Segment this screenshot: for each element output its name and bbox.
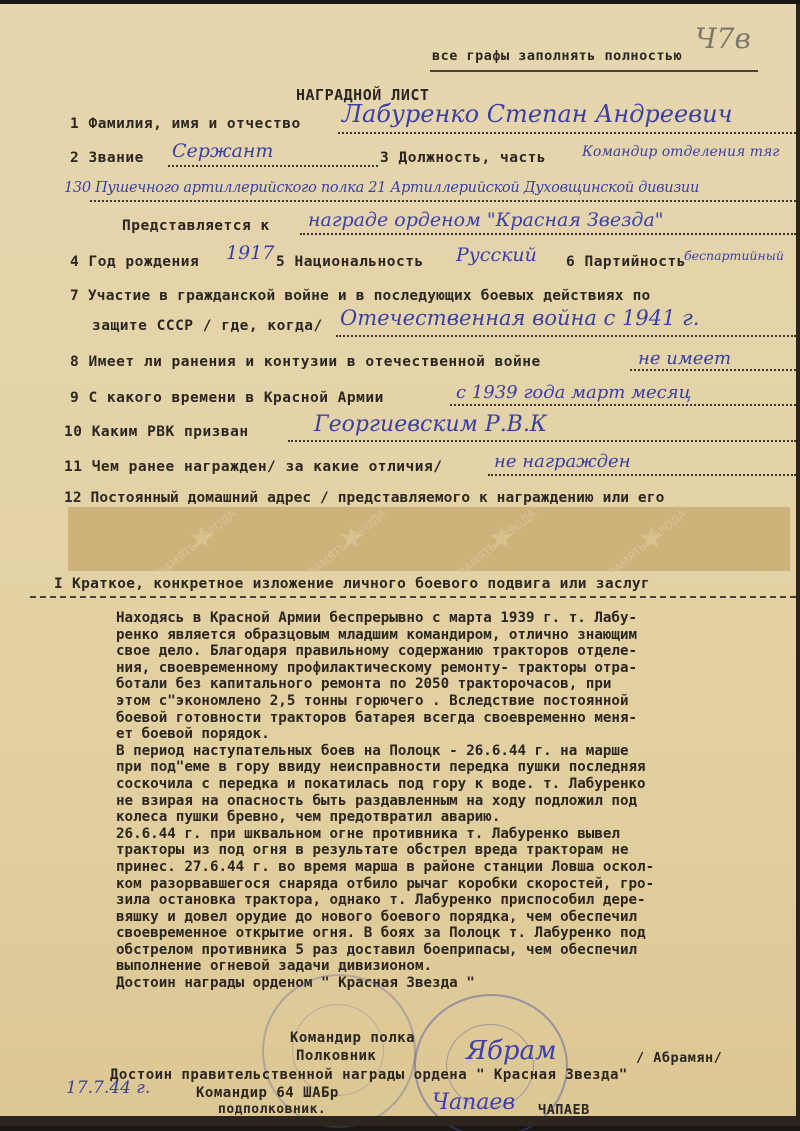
field-11-label: 11 Чем ранее награжден/ за какие отличия… xyxy=(64,459,442,475)
narrative-line: Находясь в Красной Армии беспрерывно с м… xyxy=(116,610,796,627)
divider xyxy=(168,165,378,167)
divider xyxy=(90,200,796,202)
narrative-line: свое дело. Благодаря правильному содержа… xyxy=(116,643,796,660)
narrative-line: Достоин награды орденом " Красная Звезда… xyxy=(116,975,796,992)
brigade-commander-signature: Чапаев xyxy=(432,1090,515,1115)
narrative-line: вяшку и довел орудие до нового боевого п… xyxy=(116,909,796,926)
top-instruction: все графы заполнять полностью xyxy=(432,48,682,64)
divider xyxy=(336,335,796,337)
field-3-value-continued: 130 Пушечного артиллерийского полка 21 А… xyxy=(64,180,699,196)
divider xyxy=(288,440,796,442)
narrative-line: соскочила с передка и покатилась под гор… xyxy=(116,776,796,793)
field-9-value: с 1939 года март месяц xyxy=(456,382,691,403)
handwritten-date: 17.7.44 г. xyxy=(66,1078,150,1098)
watermark-text: ПАМЯТЬ НАРОДА xyxy=(455,507,538,571)
narrative-line: ботали без капитального ремонта по 2050 … xyxy=(116,676,796,693)
narrative-line: обстрелом противника 5 раз доставил боеп… xyxy=(116,942,796,959)
nominated-label: Представляется к xyxy=(122,218,270,234)
field-2-label: 2 Звание xyxy=(70,150,144,166)
award-sheet-page: все графы заполнять полностью Ч7в НАГРАД… xyxy=(0,4,800,1126)
redacted-address-block: ★ ПАМЯТЬ НАРОДА ★ ПАМЯТЬ НАРОДА ★ ПАМЯТЬ… xyxy=(68,507,790,571)
narrative-line: выполнение огневой задачи дивизионом. xyxy=(116,958,796,975)
regiment-commander-rank: Полковник xyxy=(296,1048,376,1064)
field-1-value: Лабуренко Степан Андреевич xyxy=(342,100,733,128)
field-4-label: 4 Год рождения xyxy=(70,254,199,270)
narrative-line: при под"еме в гору ввиду неисправности п… xyxy=(116,759,796,776)
divider xyxy=(338,132,796,134)
nominated-award: награде орденом "Красная Звезда" xyxy=(308,209,664,231)
narrative-line: В период наступательных боев на Полоцк -… xyxy=(116,743,796,760)
narrative-text: Находясь в Красной Армии беспрерывно с м… xyxy=(116,610,796,992)
narrative-line: тракторы из под огня в результате обстре… xyxy=(116,842,796,859)
field-3-label: 3 Должность, часть xyxy=(380,150,546,166)
narrative-line: принес. 27.6.44 г. во время марша в райо… xyxy=(116,859,796,876)
field-1-label: 1 Фамилия, имя и отчество xyxy=(70,116,301,132)
field-6-value: беспартийный xyxy=(684,248,784,263)
watermark-text: ПАМЯТЬ НАРОДА xyxy=(305,507,388,571)
narrative-line: своевременное открытие огня. В боях за П… xyxy=(116,925,796,942)
field-2-value: Сержант xyxy=(172,140,273,162)
narrative-line: ренко является образцовым младшим команд… xyxy=(116,627,796,644)
narrative-line: ет боевой порядок. xyxy=(116,726,796,743)
field-10-label: 10 Каким РВК призван xyxy=(64,424,249,440)
field-8-label: 8 Имеет ли ранения и контузии в отечеств… xyxy=(70,354,541,370)
narrative-line: не взирая на опасность быть раздавленным… xyxy=(116,793,796,810)
decision-text: Достоин правительственной награды ордена… xyxy=(110,1067,628,1083)
narrative-line: ния, своевременному профилактическому ре… xyxy=(116,660,796,677)
field-3-value: Командир отделения тяг xyxy=(582,144,779,160)
regiment-commander-title: Командир полка xyxy=(290,1030,415,1046)
narrative-line: зила остановка трактора, однако т. Лабур… xyxy=(116,892,796,909)
field-5-label: 5 Национальность xyxy=(276,254,424,270)
field-5-value: Русский xyxy=(456,244,537,266)
divider xyxy=(630,369,796,371)
divider xyxy=(30,596,796,598)
field-10-value: Георгиевским Р.В.К xyxy=(314,412,547,437)
divider xyxy=(430,70,758,72)
narrative-line: ком разорвавшегося снаряда отбило рычаг … xyxy=(116,876,796,893)
narrative-line: 26.6.44 г. при шквальном огне противника… xyxy=(116,826,796,843)
field-9-label: 9 С какого времени в Красной Армии xyxy=(70,390,384,406)
narrative-line: этом с"экономлено 2,5 тонны горючего . В… xyxy=(116,693,796,710)
brigade-commander-name: ЧАПАЕВ xyxy=(538,1102,590,1118)
watermark-text: ПАМЯТЬ НАРОДА xyxy=(155,507,238,571)
brigade-commander-title: Командир 64 ШАБр xyxy=(196,1085,339,1101)
field-8-value: не имеет xyxy=(638,348,731,369)
field-7-label-continued: защите СССР / где, когда/ xyxy=(92,318,323,334)
regiment-commander-signature: Ябрам xyxy=(466,1036,557,1066)
field-4-value: 1917 xyxy=(226,242,274,264)
narrative-line: боевой готовности тракторов батарея всег… xyxy=(116,710,796,727)
watermark-text: ПАМЯТЬ НАРОДА xyxy=(605,507,688,571)
field-12-label: 12 Постоянный домашний адрес / представл… xyxy=(64,490,664,506)
divider xyxy=(488,474,796,476)
divider xyxy=(450,404,796,406)
field-7-value: Отечественная война с 1941 г. xyxy=(340,306,699,330)
brigade-commander-rank: подполковник. xyxy=(218,1102,326,1117)
divider xyxy=(300,233,796,235)
field-7-label: 7 Участие в гражданской войне и в послед… xyxy=(70,288,650,304)
field-6-label: 6 Партийность xyxy=(566,254,686,270)
regiment-commander-name: / Абрамян/ xyxy=(636,1050,722,1066)
archive-pencil-mark: Ч7в xyxy=(695,22,751,55)
narrative-line: колеса пушки бревно, чем предотвратил ав… xyxy=(116,809,796,826)
section-heading: I Краткое, конкретное изложение личного … xyxy=(54,576,650,592)
field-11-value: не награжден xyxy=(494,451,631,472)
